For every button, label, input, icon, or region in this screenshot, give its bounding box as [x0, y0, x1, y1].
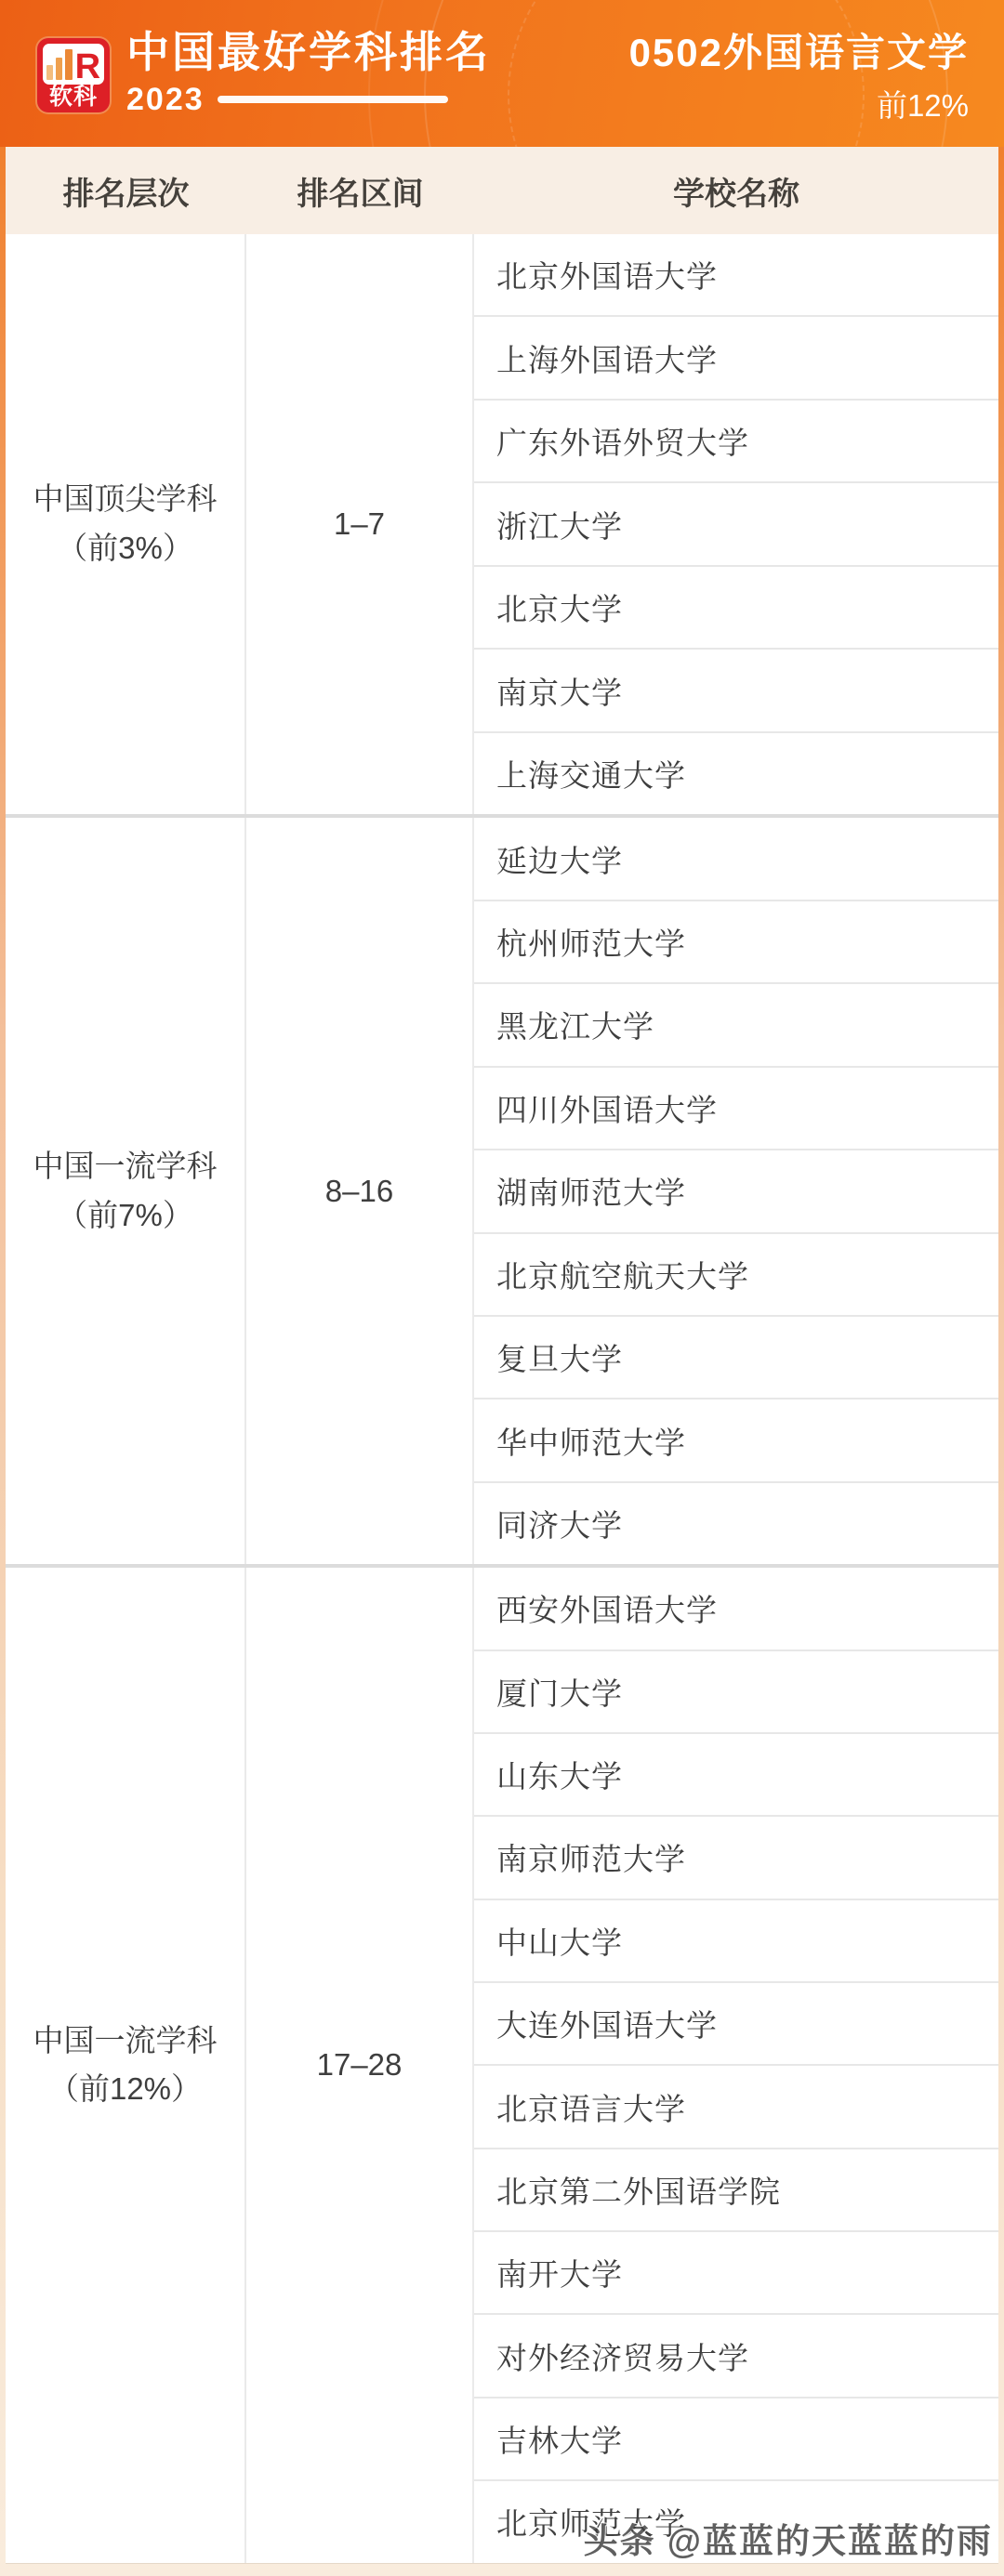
- subject-scope: 前12%: [629, 82, 969, 125]
- school-name: 杭州师范大学: [496, 920, 686, 964]
- col-header-school: 学校名称: [474, 168, 998, 214]
- school-name: 浙江大学: [496, 503, 623, 546]
- col-header-tier: 排名层次: [6, 168, 246, 214]
- year-underline: [218, 96, 448, 103]
- ranking-poster: R 软科 中国最好学科排名 2023 0502外国语言文学 前12% 排名层次 …: [0, 0, 1004, 2576]
- subject-block: 0502外国语言文学 前12%: [629, 22, 969, 125]
- school-name: 对外经济贸易大学: [496, 2334, 749, 2378]
- schools-list: 北京外国语大学 上海外国语大学 广东外语外贸大学 浙江大学 北京大学 南京大学 …: [474, 234, 998, 814]
- school-name: 四川外国语大学: [496, 1086, 718, 1130]
- table-row: 山东大学: [474, 1734, 998, 1817]
- school-name: 黑龙江大学: [496, 1003, 654, 1046]
- school-name: 山东大学: [496, 1753, 623, 1796]
- subject-title: 0502外国语言文学: [629, 22, 969, 78]
- range-value: 17–28: [317, 2047, 403, 2083]
- schools-list: 延边大学 杭州师范大学 黑龙江大学 四川外国语大学 湖南师范大学 北京航空航天大…: [474, 818, 998, 1564]
- school-name: 北京外国语大学: [496, 253, 718, 296]
- table-row: 吉林大学: [474, 2399, 998, 2481]
- logo-bar: [65, 49, 72, 80]
- logo-brand-text: 软科: [37, 78, 110, 112]
- school-name: 西安外国语大学: [496, 1586, 718, 1630]
- table-row: 中山大学: [474, 1900, 998, 1983]
- table-row: 杭州师范大学: [474, 901, 998, 984]
- tier-name: 中国一流学科: [33, 1142, 218, 1191]
- school-name: 湖南师范大学: [496, 1169, 686, 1213]
- tier-section: 中国一流学科 （前7%） 8–16 延边大学 杭州师范大学 黑龙江大学 四川外国…: [6, 818, 998, 1568]
- school-name: 上海外国语大学: [496, 336, 718, 380]
- school-name: 北京第二外国语学院: [496, 2168, 781, 2212]
- range-value: 1–7: [334, 506, 385, 542]
- table-row: 黑龙江大学: [474, 984, 998, 1067]
- school-name: 大连外国语大学: [496, 2002, 718, 2045]
- table-row: 北京第二外国语学院: [474, 2149, 998, 2232]
- school-name: 吉林大学: [496, 2417, 623, 2461]
- tier-section: 中国顶尖学科 （前3%） 1–7 北京外国语大学 上海外国语大学 广东外语外贸大…: [6, 234, 998, 818]
- tier-cell: 中国一流学科 （前12%）: [6, 1568, 246, 2562]
- tier-cell: 中国顶尖学科 （前3%）: [6, 234, 246, 814]
- table-row: 广东外语外贸大学: [474, 401, 998, 483]
- school-name: 同济大学: [496, 1502, 623, 1545]
- table-row: 湖南师范大学: [474, 1150, 998, 1233]
- table-header-row: 排名层次 排名区间 学校名称: [6, 147, 998, 234]
- table-row: 同济大学: [474, 1483, 998, 1564]
- table-row: 厦门大学: [474, 1651, 998, 1734]
- table-row: 南京大学: [474, 650, 998, 732]
- schools-list: 西安外国语大学 厦门大学 山东大学 南京师范大学 中山大学 大连外国语大学 北京…: [474, 1568, 998, 2562]
- table-row: 华中师范大学: [474, 1400, 998, 1482]
- table-row: 对外经济贸易大学: [474, 2315, 998, 2398]
- col-header-range: 排名区间: [246, 168, 474, 214]
- school-name: 上海交通大学: [496, 752, 686, 795]
- school-name: 华中师范大学: [496, 1419, 686, 1463]
- logo-bar: [56, 58, 62, 80]
- sections: 中国顶尖学科 （前3%） 1–7 北京外国语大学 上海外国语大学 广东外语外贸大…: [6, 234, 998, 2563]
- table-row: 上海交通大学: [474, 733, 998, 814]
- school-name: 南京师范大学: [496, 1835, 686, 1879]
- school-name: 北京航空航天大学: [496, 1253, 749, 1296]
- school-name: 南开大学: [496, 2251, 623, 2294]
- range-value: 8–16: [325, 1174, 393, 1209]
- table-row: 南京师范大学: [474, 1817, 998, 1899]
- toutiao-watermark: 头条 @蓝蓝的天蓝蓝的雨: [584, 2513, 993, 2563]
- poster-header: R 软科 中国最好学科排名 2023 0502外国语言文学 前12%: [0, 0, 1004, 147]
- table-row: 北京外国语大学: [474, 234, 998, 317]
- table-row: 四川外国语大学: [474, 1068, 998, 1150]
- school-name: 广东外语外贸大学: [496, 419, 749, 463]
- school-name: 南京大学: [496, 669, 623, 713]
- table-row: 西安外国语大学: [474, 1568, 998, 1650]
- table-row: 延边大学: [474, 818, 998, 900]
- year-label: 2023: [126, 82, 205, 118]
- ranking-table: 排名层次 排名区间 学校名称 中国顶尖学科 （前3%） 1–7 北京外国语大学 …: [6, 147, 998, 2564]
- range-cell: 1–7: [246, 234, 474, 814]
- shanghairanking-logo: R 软科: [37, 38, 110, 112]
- school-name: 中山大学: [496, 1919, 623, 1963]
- range-cell: 17–28: [246, 1568, 474, 2562]
- table-row: 北京大学: [474, 567, 998, 650]
- school-name: 北京语言大学: [496, 2085, 686, 2129]
- tier-section: 中国一流学科 （前12%） 17–28 西安外国语大学 厦门大学 山东大学 南京…: [6, 1568, 998, 2562]
- tier-percent: （前7%）: [57, 1191, 193, 1241]
- table-row: 北京航空航天大学: [474, 1234, 998, 1317]
- table-row: 复旦大学: [474, 1317, 998, 1400]
- school-name: 复旦大学: [496, 1335, 623, 1379]
- table-row: 北京语言大学: [474, 2066, 998, 2149]
- school-name: 延边大学: [496, 837, 623, 881]
- tier-percent: （前3%）: [57, 524, 193, 573]
- table-row: 南开大学: [474, 2232, 998, 2315]
- school-name: 北京大学: [496, 585, 623, 629]
- table-row: 上海外国语大学: [474, 317, 998, 400]
- table-row: 大连外国语大学: [474, 1983, 998, 2066]
- tier-name: 中国一流学科: [33, 2017, 218, 2066]
- table-row: 浙江大学: [474, 483, 998, 566]
- tier-name: 中国顶尖学科: [33, 475, 218, 524]
- tier-cell: 中国一流学科 （前7%）: [6, 818, 246, 1564]
- school-name: 厦门大学: [496, 1670, 623, 1714]
- range-cell: 8–16: [246, 818, 474, 1564]
- tier-percent: （前12%）: [48, 2065, 202, 2114]
